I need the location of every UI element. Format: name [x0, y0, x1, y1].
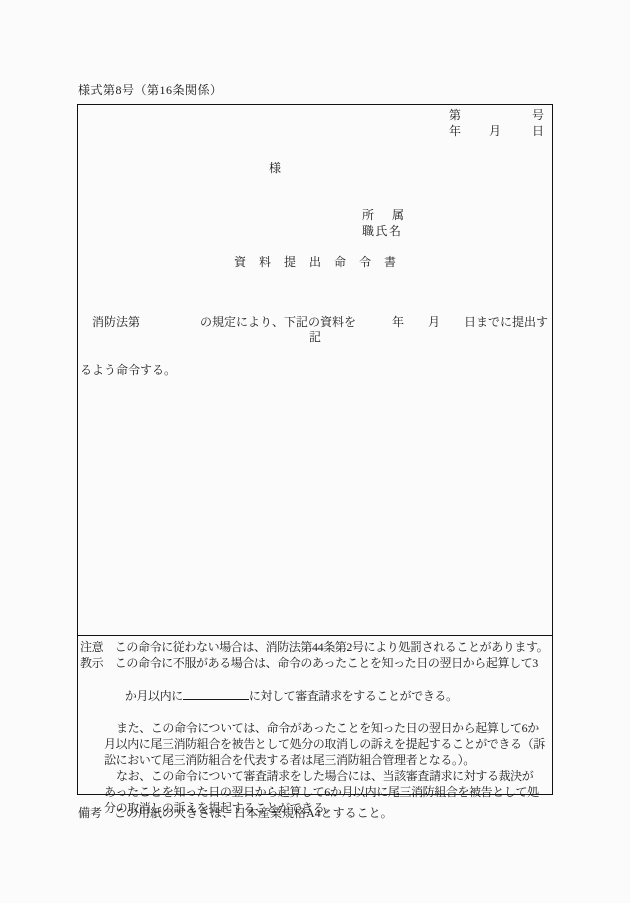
form-number-label: 様式第8号（第16条関係）	[78, 82, 223, 98]
document-title: 資料提出命令書	[78, 254, 552, 270]
form-border-box: 第 号 年 月 日 様 所 属 職氏名 資料提出命令書 消防法第 の規定により、…	[77, 104, 553, 795]
caution-line: 注意 この命令に従わない場合は、消防法第44条第2号により処罰されることがありま…	[80, 639, 550, 655]
issuer-position-name-label: 職氏名	[362, 223, 404, 239]
notes-section: 注意 この命令に従わない場合は、消防法第44条第2号により処罰されることがありま…	[78, 636, 552, 816]
issuer-affiliation-char2: 属	[392, 207, 404, 223]
date-day-label: 日	[532, 123, 544, 139]
remarks-note: 備考 この用紙の大きさは、日本産業規格A4とすること。	[78, 805, 393, 821]
issuer-affiliation-char1: 所	[362, 207, 374, 223]
document-page: 様式第8号（第16条関係） 第 号 年 月 日 様 所 属 職氏名 資料提出命令…	[0, 0, 630, 903]
order-body-line1: 消防法第 の規定により、下記の資料を 年 月 日までに提出す	[80, 314, 550, 330]
blank-underline	[183, 687, 249, 700]
instruction-line-4: 月以内に尾三消防組合を被告として処分の取消しの訴えを提起することができる（訴	[80, 736, 550, 752]
record-heading: 記	[78, 329, 552, 345]
doc-number-prefix: 第	[449, 107, 461, 123]
form-main-area: 第 号 年 月 日 様 所 属 職氏名 資料提出命令書 消防法第 の規定により、…	[78, 105, 552, 636]
instruction-line-2-post: に対して審査請求をすることができる。	[249, 689, 458, 703]
instruction-line-5: 訟において尾三消防組合を代表する者は尾三消防組合管理者となる。）。	[80, 752, 550, 768]
doc-number-suffix: 号	[532, 107, 544, 123]
instruction-line-6: なお、この命令について審査請求をした場合には、当該審査請求に対する裁決が	[80, 768, 550, 784]
addressee-honorific: 様	[269, 160, 281, 176]
instruction-line-2-pre: か月以内に	[125, 689, 183, 703]
issuer-block: 所 属 職氏名	[362, 207, 404, 239]
order-body-line2: るよう命令する。	[80, 362, 550, 378]
instruction-line-3: また、この命令については、命令があったことを知った日の翌日から起算して6か	[80, 720, 550, 736]
instruction-line-7: あったことを知った日の翌日から起算して6か月以内に尾三消防組合を被告として処	[80, 784, 550, 800]
instruction-line-1: 教示 この命令に不服がある場合は、命令のあったことを知った日の翌日から起算して3	[80, 655, 550, 671]
instruction-line-2: か月以内にに対して審査請求をすることができる。	[80, 671, 550, 720]
date-year-label: 年	[449, 123, 461, 139]
issuer-affiliation-label: 所 属	[362, 207, 404, 223]
date-month-label: 月	[489, 123, 501, 139]
order-body: 消防法第 の規定により、下記の資料を 年 月 日までに提出す るよう命令する。	[80, 282, 550, 410]
